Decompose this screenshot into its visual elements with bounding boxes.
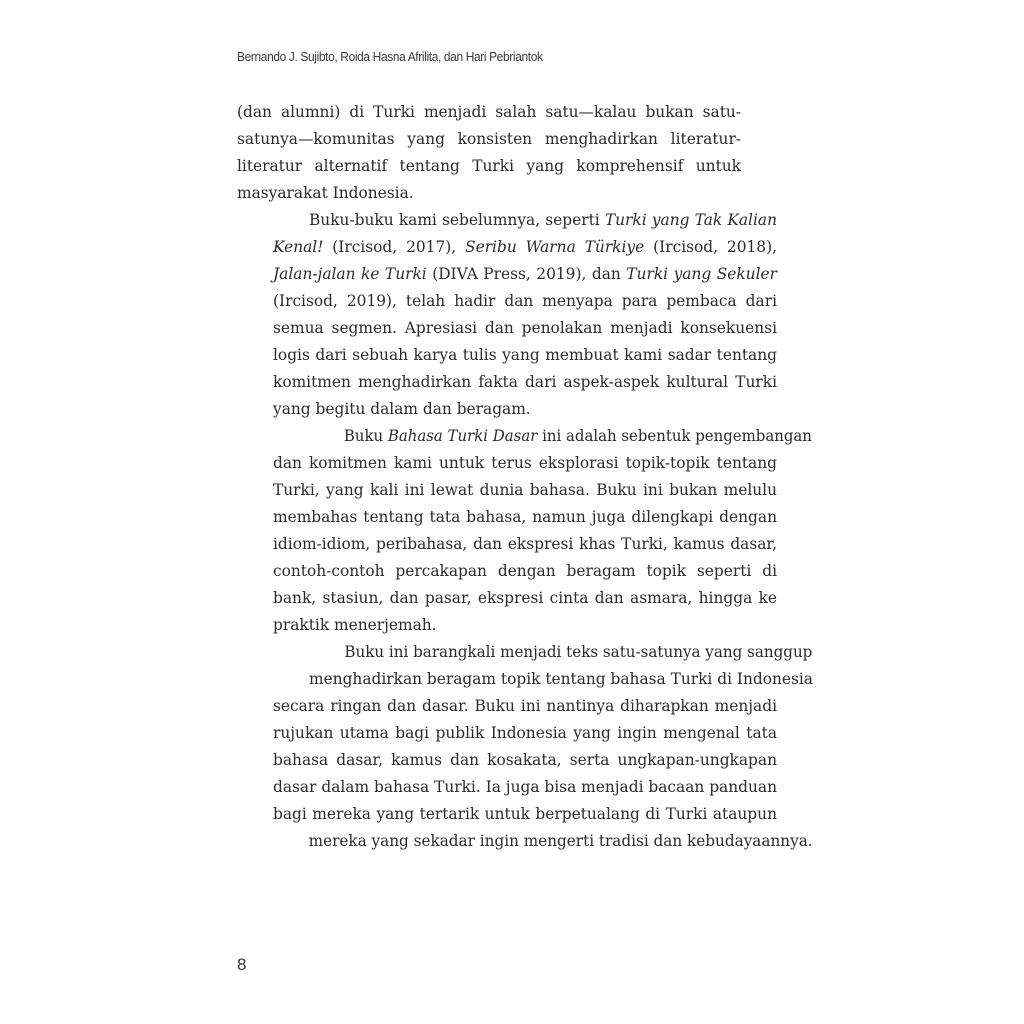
text-line: contoh-contoh percakapan dengan beragam … — [237, 558, 741, 585]
text-line: literatur alternatif tentang Turki yang … — [237, 153, 741, 180]
running-head: Bernando J. Sujibto, Roida Hasna Afrilit… — [237, 49, 543, 64]
italic-title: Kenal! — [273, 238, 323, 256]
italic-title: Jalan-jalan ke Turki — [273, 265, 427, 283]
italic-title: Turki yang Sekuler — [626, 265, 777, 283]
text-run: (Ircisod, 2019), telah hadir dan menyapa… — [273, 292, 777, 310]
text-line: (Ircisod, 2019), telah hadir dan menyapa… — [237, 288, 741, 315]
text-run: dasar dalam bahasa Turki. Ia juga bisa m… — [273, 778, 777, 796]
text-line: rujukan utama bagi publik Indonesia yang… — [237, 720, 741, 747]
text-run: (Ircisod, 2018), — [644, 238, 777, 256]
text-run: idiom-idiom, peribahasa, dan ekspresi kh… — [273, 535, 777, 553]
text-run: (DIVA Press, 2019), dan — [427, 265, 627, 283]
text-run: membahas tentang tata bahasa, namun juga… — [273, 508, 777, 526]
text-run: secara ringan dan dasar. Buku ini nantin… — [273, 697, 777, 715]
text-line: komitmen menghadirkan fakta dari aspek-a… — [237, 369, 741, 396]
text-run: masyarakat Indonesia. — [237, 184, 414, 202]
text-run: semua segmen. Apresiasi dan penolakan me… — [273, 319, 777, 337]
text-run: literatur alternatif tentang Turki yang … — [237, 157, 741, 175]
text-run: logis dari sebuah karya tulis yang membu… — [273, 346, 777, 364]
text-run: satunya—komunitas yang konsisten menghad… — [237, 130, 741, 148]
text-line: idiom-idiom, peribahasa, dan ekspresi kh… — [237, 531, 741, 558]
text-run: komitmen menghadirkan fakta dari aspek-a… — [273, 373, 777, 391]
text-line: Buku Bahasa Turki Dasar ini adalah seben… — [237, 423, 741, 450]
text-run: ini adalah sebentuk pengembangan — [537, 427, 812, 445]
paragraph: Buku Bahasa Turki Dasar ini adalah seben… — [237, 423, 741, 639]
text-line: (dan alumni) di Turki menjadi salah satu… — [237, 99, 741, 126]
italic-title: Bahasa Turki Dasar — [388, 427, 537, 445]
body-text: (dan alumni) di Turki menjadi salah satu… — [237, 99, 741, 855]
text-run: praktik menerjemah. — [273, 616, 437, 634]
text-run: rujukan utama bagi publik Indonesia yang… — [273, 724, 777, 742]
text-run: contoh-contoh percakapan dengan beragam … — [273, 562, 777, 580]
text-run: bagi mereka yang tertarik untuk berpetua… — [273, 805, 777, 823]
text-run: Buku ini barangkali menjadi teks satu-sa… — [344, 643, 812, 661]
text-run: Turki, yang kali ini lewat dunia bahasa.… — [273, 481, 777, 499]
text-run: (dan alumni) di Turki menjadi salah satu… — [237, 103, 741, 121]
text-line: membahas tentang tata bahasa, namun juga… — [237, 504, 741, 531]
text-line: praktik menerjemah. — [237, 612, 741, 639]
text-line: dan komitmen kami untuk terus eksplorasi… — [237, 450, 741, 477]
text-line: semua segmen. Apresiasi dan penolakan me… — [237, 315, 741, 342]
text-line: secara ringan dan dasar. Buku ini nantin… — [237, 693, 741, 720]
text-run: bahasa dasar, kamus dan kosakata, serta … — [273, 751, 777, 769]
text-run: Buku-buku kami sebelumnya, seperti — [309, 211, 605, 229]
text-line: mereka yang sekadar ingin mengerti tradi… — [237, 828, 741, 855]
text-line: yang begitu dalam dan beragam. — [237, 396, 741, 423]
italic-title: Turki yang Tak Kalian — [605, 211, 777, 229]
text-line: logis dari sebuah karya tulis yang membu… — [237, 342, 741, 369]
paragraph: (dan alumni) di Turki menjadi salah satu… — [237, 99, 741, 207]
text-run: dan komitmen kami untuk terus eksplorasi… — [273, 454, 777, 472]
text-line: Turki, yang kali ini lewat dunia bahasa.… — [237, 477, 741, 504]
text-line: Jalan-jalan ke Turki (DIVA Press, 2019),… — [237, 261, 741, 288]
text-run: yang begitu dalam dan beragam. — [273, 400, 531, 418]
text-line: menghadirkan beragam topik tentang bahas… — [237, 666, 741, 693]
text-line: masyarakat Indonesia. — [237, 180, 741, 207]
paragraph: Buku-buku kami sebelumnya, seperti Turki… — [237, 207, 741, 423]
text-line: bank, stasiun, dan pasar, ekspresi cinta… — [237, 585, 741, 612]
text-line: bagi mereka yang tertarik untuk berpetua… — [237, 801, 741, 828]
text-line: satunya—komunitas yang konsisten menghad… — [237, 126, 741, 153]
text-line: Buku ini barangkali menjadi teks satu-sa… — [237, 639, 741, 666]
text-run: Buku — [344, 427, 388, 445]
text-run: bank, stasiun, dan pasar, ekspresi cinta… — [273, 589, 777, 607]
paragraph: Buku ini barangkali menjadi teks satu-sa… — [237, 639, 741, 855]
text-line: dasar dalam bahasa Turki. Ia juga bisa m… — [237, 774, 741, 801]
text-line: Buku-buku kami sebelumnya, seperti Turki… — [237, 207, 741, 234]
page-number: 8 — [237, 955, 246, 975]
text-line: bahasa dasar, kamus dan kosakata, serta … — [237, 747, 741, 774]
text-run: mereka yang sekadar ingin mengerti tradi… — [309, 832, 813, 850]
text-line: Kenal! (Ircisod, 2017), Seribu Warna Tür… — [237, 234, 741, 261]
text-run: (Ircisod, 2017), — [323, 238, 465, 256]
text-run: menghadirkan beragam topik tentang bahas… — [309, 670, 813, 688]
italic-title: Seribu Warna Türkiye — [465, 238, 644, 256]
